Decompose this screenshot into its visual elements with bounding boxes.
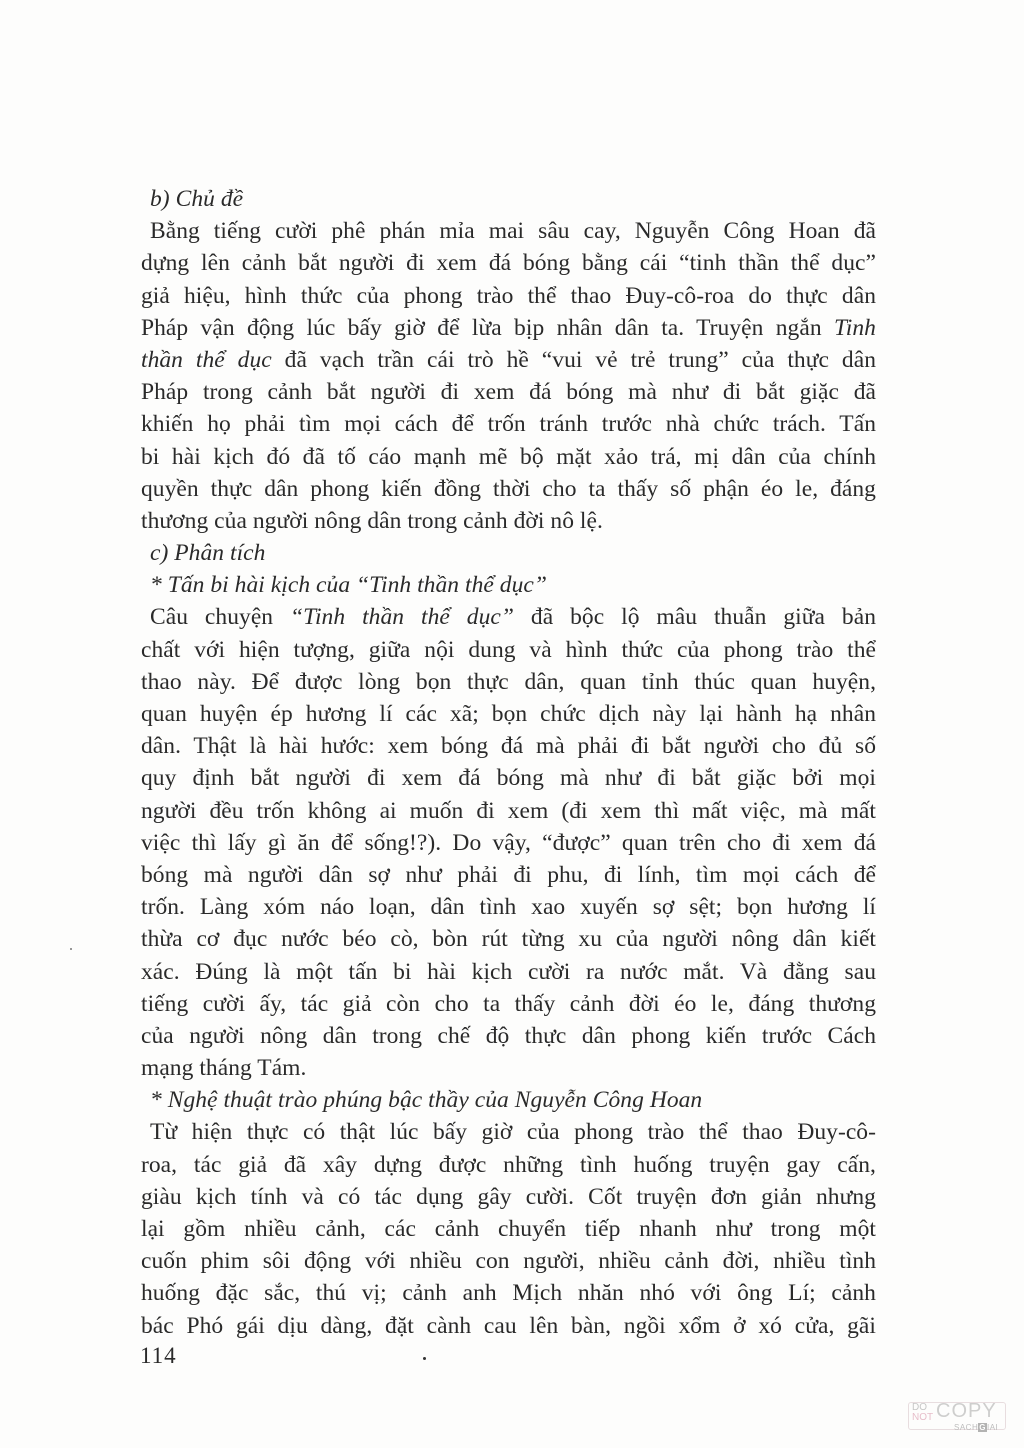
paragraph-line: khiến họ phải tìm mọi cách để trốn tránh… (141, 408, 876, 440)
paragraph-line: bóng mà người dân sợ như phải đi phu, đi… (141, 859, 876, 891)
paragraph-line: người đều trốn không ai muốn đi xem (đi … (141, 795, 876, 827)
italic-title: “Tinh thần thể dục” (290, 604, 514, 630)
paragraph-line: lại gồm nhiều cảnh, các cảnh chuyển tiếp… (141, 1213, 876, 1245)
section-heading-b: b) Chủ đề (141, 183, 876, 215)
paragraph-line: mạng tháng Tám. (141, 1052, 876, 1084)
subheading-nghe-thuat: * Nghệ thuật trào phúng bậc thầy của Ngu… (141, 1084, 876, 1116)
text-span: đã vạch trần cái trò hề “vui vẻ trẻ trun… (272, 347, 876, 373)
watermark-iai: IAI (987, 1423, 998, 1432)
print-speck (70, 948, 72, 950)
paragraph-line: Pháp vận động lúc bấy giờ để lừa bịp nhâ… (141, 312, 876, 344)
paragraph-line: tiếng cười ấy, tác giả còn cho ta thấy c… (141, 988, 876, 1020)
paragraph-line: trốn. Làng xóm náo loạn, dân tình xao xu… (141, 891, 876, 923)
watermark-logo: DO NOT COPY SACHGIAI (908, 1398, 1008, 1438)
paragraph-line: cuốn phim sôi động với nhiều con người, … (141, 1245, 876, 1277)
page-number: 114 (140, 1343, 177, 1369)
paragraph-line: chất với hiện tượng, giữa nội dung và hì… (141, 634, 876, 666)
paragraph-line: roa, tác giả đã xây dựng được những tình… (141, 1149, 876, 1181)
text-span: Câu chuyện (150, 604, 290, 630)
paragraph-line: thần thể dục đã vạch trần cái trò hề “vu… (141, 344, 876, 376)
watermark-brand: SACHGIAI (954, 1423, 998, 1432)
page-body: b) Chủ đề Bằng tiếng cười phê phán mỉa m… (141, 183, 876, 1342)
paragraph-line: huống đặc sắc, thú vị; cảnh anh Mịch nhă… (141, 1277, 876, 1309)
paragraph-line: thao này. Để được lòng bọn thực dân, qua… (141, 666, 876, 698)
paragraph-line: giàu kịch tính và có tác dụng gây cười. … (141, 1181, 876, 1213)
watermark-g-icon: G (978, 1423, 987, 1432)
paragraph-line: thừa cơ đục nước béo cò, bòn rút từng xu… (141, 923, 876, 955)
section-heading-c: c) Phân tích (141, 537, 876, 569)
paragraph-line: bác Phó gái dịu dàng, đặt cành cau lên b… (141, 1310, 876, 1342)
paragraph-line: giả hiệu, hình thức của phong trào thể t… (141, 280, 876, 312)
paragraph-line: dân. Thật là hài hước: xem bóng đá mà ph… (141, 730, 876, 762)
text-span: Pháp vận động lúc bấy giờ để lừa bịp nhâ… (141, 315, 834, 341)
paragraph-line: Từ hiện thực có thật lúc bấy giờ của pho… (141, 1116, 876, 1148)
paragraph-line: quy định bắt người đi xem đá bóng mà như… (141, 762, 876, 794)
paragraph-line: thương của người nông dân trong cảnh đời… (141, 505, 876, 537)
watermark-sach: SACH (954, 1423, 978, 1432)
paragraph-line: việc thì lấy gì ăn để sống!?). Do vậy, “… (141, 827, 876, 859)
italic-title: Tinh (834, 315, 876, 341)
paragraph-line: quyền thực dân phong kiến đồng thời cho … (141, 473, 876, 505)
paragraph-line: Pháp trong cảnh bắt người đi xem đá bóng… (141, 376, 876, 408)
watermark-not: NOT (912, 1413, 933, 1423)
paragraph-line: của người nông dân trong chế độ thực dân… (141, 1020, 876, 1052)
italic-title: thần thể dục (141, 347, 272, 373)
paragraph-line: dựng lên cảnh bắt người đi xem đá bóng b… (141, 247, 876, 279)
print-speck (423, 1357, 426, 1360)
paragraph-line: xác. Đúng là một tấn bi hài kịch cười ra… (141, 956, 876, 988)
paragraph-line: bi hài kịch đó đã tố cáo mạnh mẽ bộ mặt … (141, 441, 876, 473)
paragraph-line: quan huyện ép hương lí các xã; bọn chức … (141, 698, 876, 730)
paragraph-line: Câu chuyện “Tinh thần thể dục” đã bộc lộ… (141, 601, 876, 633)
subheading-bi-hai-kich: * Tấn bi hài kịch của “Tinh thần thể dục… (141, 569, 876, 601)
watermark-copy: COPY (936, 1400, 997, 1422)
book-page: b) Chủ đề Bằng tiếng cười phê phán mỉa m… (0, 0, 1024, 1448)
paragraph-line: Bằng tiếng cười phê phán mỉa mai sâu cay… (141, 215, 876, 247)
text-span: đã bộc lộ mâu thuẫn giữa bản (514, 604, 876, 630)
